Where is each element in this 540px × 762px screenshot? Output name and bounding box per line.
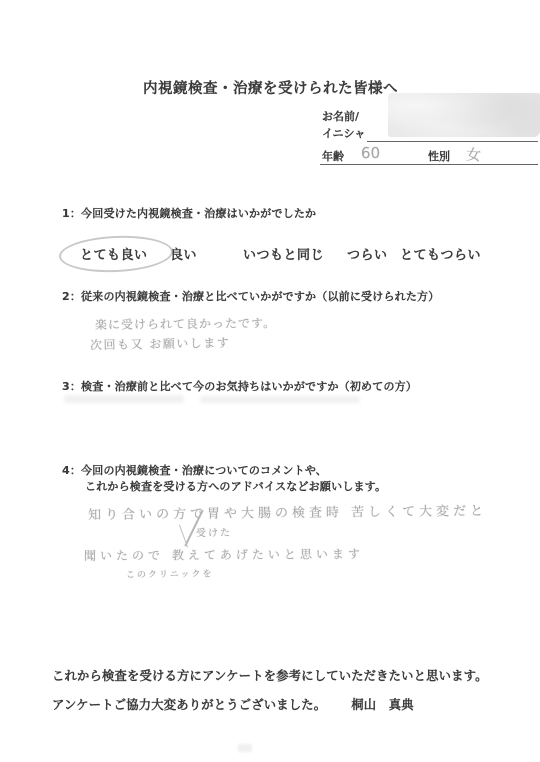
question-4-text-line1: 4：今回の内視鏡検査・治療についてのコメントや、 xyxy=(62,462,327,478)
name-label-bottom: イニシャ xyxy=(322,125,365,141)
q1-option-totemo-tsurai: とてもつらい xyxy=(400,244,481,263)
redacted-name-area xyxy=(388,93,540,137)
age-label: 年齢 xyxy=(322,148,344,164)
q1-option-totemo-yoi: とても良い xyxy=(80,244,148,263)
footer-signature: 桐山 真典 xyxy=(351,698,414,712)
q4-handwritten-answer-line1: 知り合いの方で胃や大腸の検査時 苦しくて大変だと xyxy=(88,500,487,523)
erased-pencil-smudge-left xyxy=(64,395,184,403)
question-4-text-line2: これから検査を受ける方へのアドバイスなどお願いします。 xyxy=(85,478,386,494)
footer-line1: これから検査を受ける方にアンケートを参考にしていただきたいと思います。 xyxy=(52,666,488,684)
age-value-handwritten: 60 xyxy=(361,144,380,162)
erased-pencil-smudge-right xyxy=(200,396,360,403)
q4-handwritten-insertion: 受けた xyxy=(196,524,232,539)
q2-handwritten-answer-line1: 楽に受けられて良かったです。 xyxy=(95,314,276,333)
q2-handwritten-answer-line2: 次回も又 お願いします xyxy=(90,334,231,353)
age-gender-underline xyxy=(320,164,538,165)
questionnaire-scan-page: 内視鏡検査・治療を受けられた皆様へ お名前/ イニシャ 年齢 60 性別 女 1… xyxy=(0,0,540,762)
q4-handwritten-answer-line2: 聞いたので 教えてあげたいと思います xyxy=(84,545,364,564)
gender-label: 性別 xyxy=(428,148,450,164)
name-label-top: お名前/ xyxy=(322,108,359,124)
q1-option-yoi: 良い xyxy=(170,244,197,263)
footer-line2-row: アンケートご協力大変ありがとうございました。 桐山 真典 xyxy=(52,694,414,713)
q1-option-tsurai: つらい xyxy=(347,244,388,263)
q4-handwritten-answer-line3: このクリニックを xyxy=(126,567,214,581)
q1-option-itsumo-to-onaji: いつもと同じ xyxy=(243,244,324,263)
footer-line2: アンケートご協力大変ありがとうございました。 xyxy=(52,698,326,712)
gender-value-handwritten: 女 xyxy=(465,144,481,166)
question-1-text: 1：今回受けた内視鏡検査・治療はいかがでしたか xyxy=(62,205,316,221)
scan-smudge-dot xyxy=(238,744,252,752)
question-3-text: 3：検査・治療前と比べて今のお気持ちはいかがですか（初めての方） xyxy=(62,378,417,394)
question-2-text: 2：従来の内視鏡検査・治療と比べていかがですか（以前に受けられた方） xyxy=(62,288,439,304)
name-underline xyxy=(367,141,538,142)
page-title: 内視鏡検査・治療を受けられた皆様へ xyxy=(143,77,398,98)
